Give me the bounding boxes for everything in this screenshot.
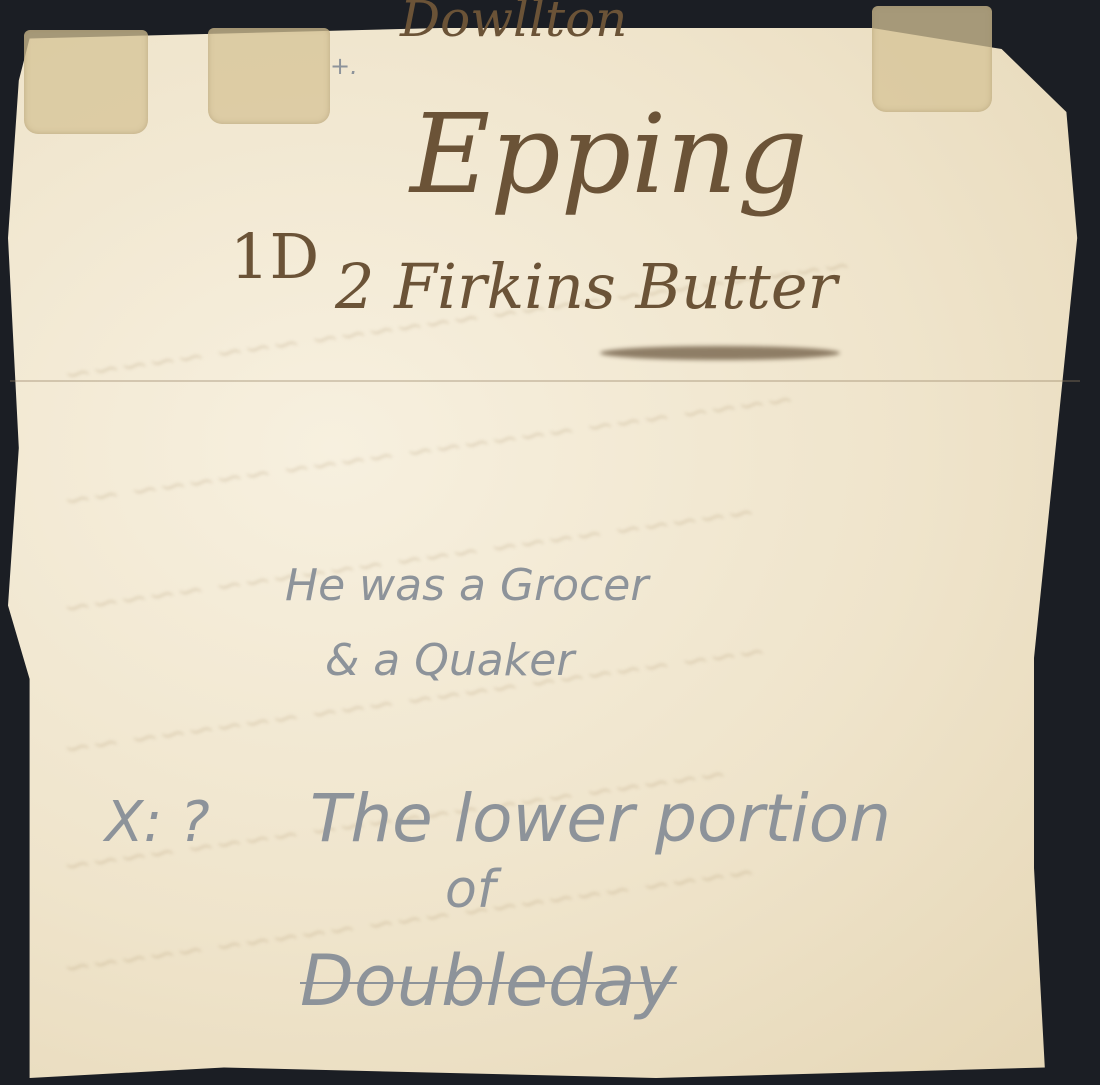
contents-text: 2 Firkins Butter — [335, 250, 837, 323]
fold-crease — [10, 380, 1080, 382]
pencil-line-1: He was a Grocer — [285, 560, 648, 611]
pencil-line-3: The lower portion — [310, 780, 891, 857]
stamp-hinge — [872, 6, 992, 112]
stamp-hinge — [208, 28, 330, 124]
stamp-hinge — [24, 30, 148, 134]
ink-smudge — [600, 346, 840, 360]
pencil-marker: X: ? — [105, 790, 210, 855]
rate-mark: 1D — [230, 220, 319, 293]
pencil-line-4: of — [445, 860, 495, 920]
top-partial-text: Dowllton — [400, 0, 627, 48]
place-name: Epping — [410, 90, 808, 218]
pencil-line-5-struck: Doubleday — [300, 940, 677, 1022]
pencil-line-2: & a Quaker — [325, 635, 574, 686]
corner-mark: +. — [330, 52, 358, 80]
